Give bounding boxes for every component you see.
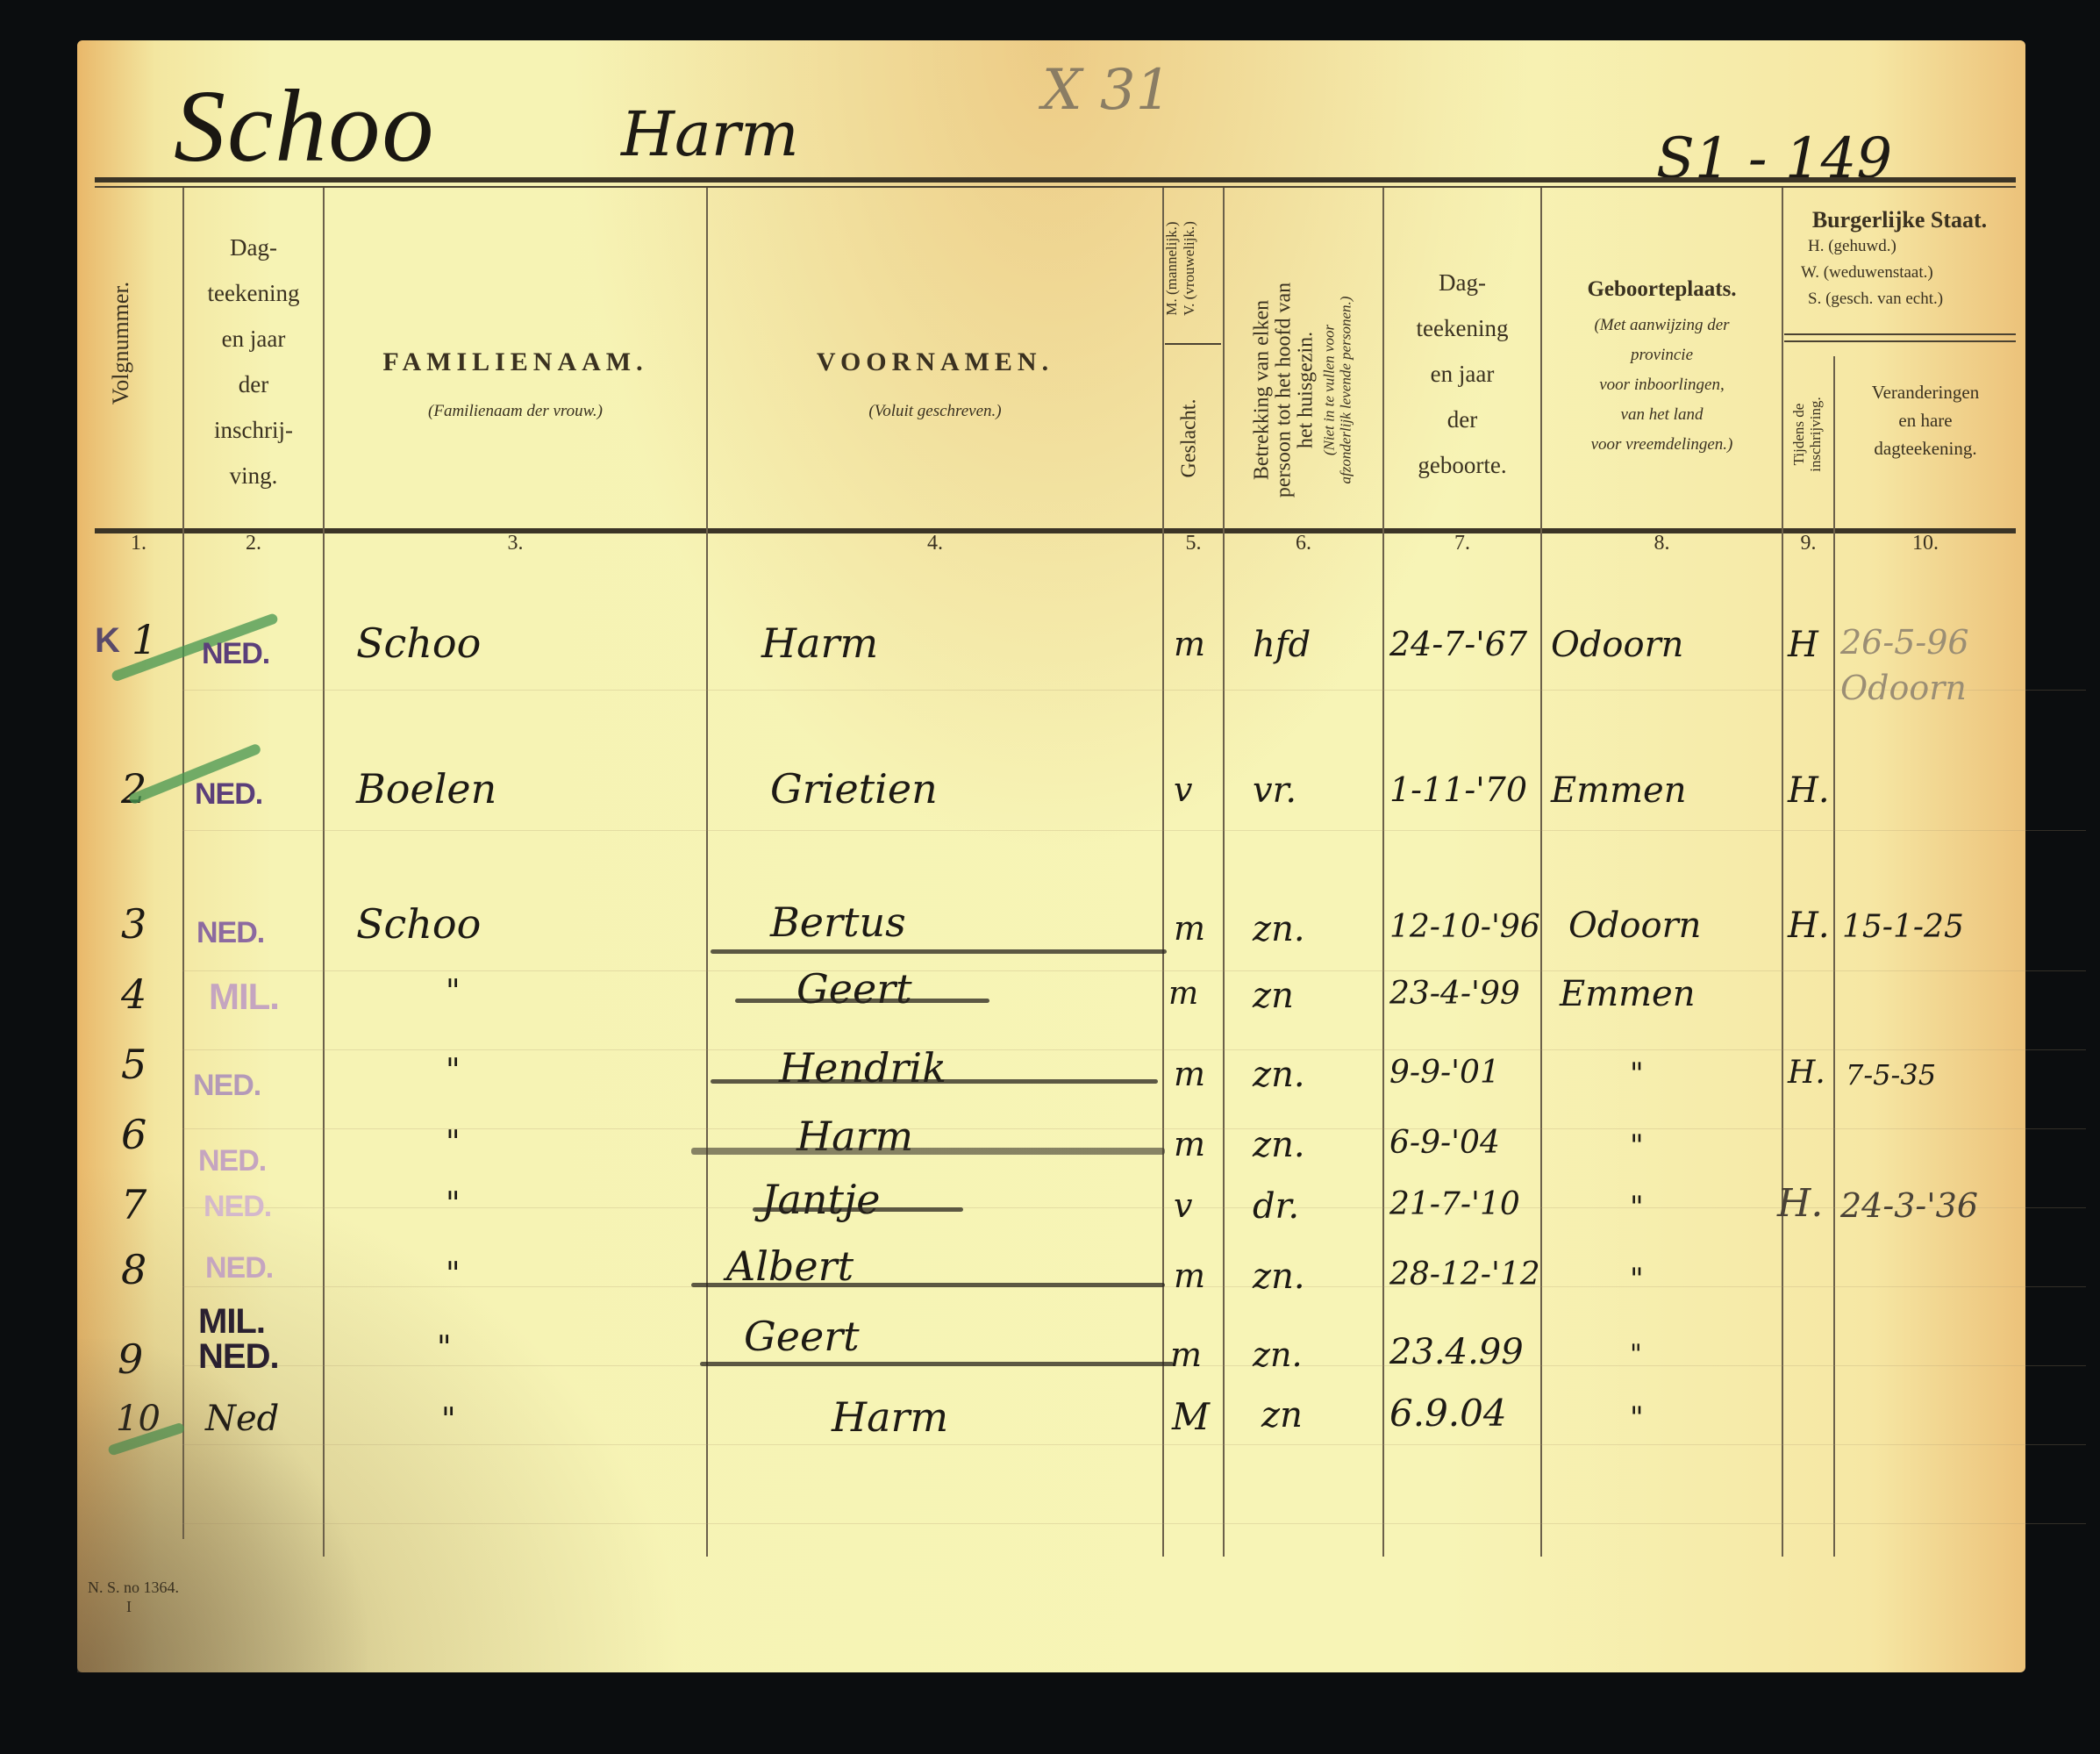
table-row: 4 MIL. " Geert m zn 23-4-'99 Emmen <box>77 944 2025 1023</box>
row-birthplace: " <box>1630 1262 1644 1297</box>
col-num-9: 9. <box>1783 532 1833 555</box>
nationality-stamp: NED. <box>204 1190 271 1224</box>
table-row: 3 NED. Schoo Bertus m zn. 12-10-'96 Odoo… <box>77 856 2025 944</box>
row-guide <box>182 1523 2086 1524</box>
row-surname: " <box>441 1402 456 1438</box>
row-surname: " <box>446 1186 461 1222</box>
row-birthplace: " <box>1630 1190 1644 1225</box>
row-birthplace: Emmen <box>1560 974 1696 1014</box>
row-given-name: Geert <box>796 965 912 1013</box>
row-relation: zn. <box>1253 1125 1305 1165</box>
row-civil-status: H. <box>1788 1055 1825 1091</box>
col-num-2: 2. <box>184 532 323 555</box>
header-civil-status-group: Burgerlijke Staat. H. (gehuwd.) W. (wedu… <box>1783 207 2016 312</box>
row-birthplace: Emmen <box>1551 770 1687 811</box>
row-birthplace: Odoorn <box>1568 906 1701 946</box>
strikethrough-line <box>700 1362 1174 1366</box>
col-num-8: 8. <box>1542 532 1782 555</box>
nationality-stamp: MIL. <box>209 976 279 1018</box>
pencil-mark: X 31 <box>1042 58 1171 123</box>
row-sex: M <box>1172 1395 1210 1438</box>
row-birth-date: 6.9.04 <box>1389 1392 1507 1435</box>
header-volgnummer: Volgnummer. <box>108 238 134 448</box>
row-sex: m <box>1174 1256 1205 1295</box>
table-row: 10 Ned " Harm M zn 6.9.04 " <box>77 1383 2025 1471</box>
row-relation: hfd <box>1253 625 1311 665</box>
card-surname: Schoo <box>174 67 435 186</box>
col-num-3: 3. <box>325 532 706 555</box>
row-number: 3 <box>121 900 146 948</box>
row-birth-date: 24-7-'67 <box>1389 625 1527 663</box>
table-row: 6 NED. " Harm m zn. 6-9-'04 " <box>77 1102 2025 1181</box>
nationality-stamp: NED. <box>193 1069 261 1103</box>
header-changes: Veranderingen en hare dagteekening. <box>1835 378 2016 462</box>
row-civil-status: H. <box>1788 906 1830 946</box>
row-relation: zn. <box>1253 1256 1305 1297</box>
row-birth-date: 6-9-'04 <box>1389 1125 1500 1161</box>
strikethrough-line <box>735 999 989 1003</box>
row-sex: m <box>1168 976 1198 1012</box>
registration-card: Schoo Harm X 31 S1 - 149 Volgnummer. Dag… <box>77 40 2025 1672</box>
row-mark-k: K <box>95 621 119 661</box>
title-underline <box>95 177 2016 183</box>
row-birthplace: " <box>1630 1339 1642 1370</box>
table-row: K 1 NED. Schoo Harm m hfd 24-7-'67 Odoor… <box>77 576 2025 698</box>
row-given-name: Bertus <box>770 898 906 946</box>
header-civil-status-at-registration: Tijdens de inschrijving. <box>1790 369 1824 500</box>
header-familienaam: FAMILIENAAM. (Familienaam der vrouw.) <box>325 347 706 421</box>
row-birth-date: 21-7-'10 <box>1389 1186 1520 1222</box>
nationality-stamp: NED. <box>202 637 269 671</box>
header-birthplace: Geboorteplaats. (Met aanwijzing der prov… <box>1542 277 1782 460</box>
row-changes: 7-5-35 <box>1846 1058 1936 1092</box>
row-given-name: Harm <box>761 619 878 667</box>
row-relation: zn. <box>1253 1335 1303 1374</box>
row-sex: m <box>1174 909 1205 948</box>
header-voornamen: VOORNAMEN. (Voluit geschreven.) <box>708 347 1162 421</box>
row-changes: 15-1-25 <box>1842 909 1964 945</box>
col-num-10: 10. <box>1835 532 2016 555</box>
table-row: 7 NED. " Jantje v dr. 21-7-'10 " H. 24-3… <box>77 1181 2025 1251</box>
row-surname: " <box>446 974 461 1010</box>
row-relation: zn <box>1253 976 1294 1016</box>
row-relation: zn <box>1261 1395 1303 1435</box>
row-given-name: Jantje <box>761 1176 880 1223</box>
row-number: 5 <box>121 1041 146 1088</box>
row-sex: v <box>1174 770 1192 809</box>
row-given-name: Harm <box>832 1393 948 1441</box>
row-birth-date: 23.4.99 <box>1389 1332 1524 1372</box>
row-birth-date: 23-4-'99 <box>1389 976 1520 1012</box>
row-sex: m <box>1174 625 1205 663</box>
strikethrough-line <box>711 1079 1158 1084</box>
header-sex-legend: M. (mannelijk.) V. (vrouwelijk.) <box>1163 190 1198 347</box>
row-changes: 26-5-96 Odoorn <box>1840 619 2007 711</box>
table-row: 2 NED. Boelen Grietien v vr. 1-11-'70 Em… <box>77 716 2025 839</box>
header-relation: Betrekking van elken persoon tot het hoo… <box>1252 237 1354 544</box>
row-number: 8 <box>121 1246 146 1293</box>
row-sex: m <box>1174 1055 1205 1093</box>
card-given-name: Harm <box>621 98 799 170</box>
row-civil-status: H <box>1788 625 1818 665</box>
row-birthplace: Odoorn <box>1551 625 1683 665</box>
row-sex: m <box>1170 1335 1202 1374</box>
nationality-stamp: NED. <box>205 1251 273 1285</box>
strikethrough-line <box>753 1207 963 1212</box>
row-birth-date: 12-10-'96 <box>1389 909 1540 945</box>
row-surname: " <box>446 1256 461 1292</box>
header-registration-date: Dag- teekening en jaar der inschrij- vin… <box>184 225 323 498</box>
civil-status-rule <box>1784 333 2016 335</box>
corner-stain <box>77 1339 367 1672</box>
row-birthplace: " <box>1630 1400 1644 1435</box>
row-birth-date: 1-11-'70 <box>1389 770 1527 809</box>
row-number: 4 <box>121 970 146 1018</box>
col-num-7: 7. <box>1384 532 1540 555</box>
row-birth-date: 9-9-'01 <box>1389 1055 1500 1091</box>
col-num-1: 1. <box>95 532 182 555</box>
row-surname: " <box>446 1053 461 1089</box>
row-birthplace: " <box>1630 1128 1644 1163</box>
table-row: 5 NED. " Hendrik m zn. 9-9-'01 " H. 7-5-… <box>77 1023 2025 1102</box>
row-relation: zn. <box>1253 1055 1305 1095</box>
col-num-5: 5. <box>1164 532 1223 555</box>
row-relation: vr. <box>1253 770 1296 811</box>
row-civil-status: H. <box>1788 770 1830 811</box>
row-civil-status: H. <box>1777 1181 1823 1226</box>
title-underline-thin <box>95 186 2016 188</box>
row-sex: m <box>1174 1125 1205 1163</box>
form-footer: N. S. no 1364. I <box>88 1578 179 1616</box>
row-surname: Schoo <box>356 900 481 948</box>
row-birth-date: 28-12-'12 <box>1389 1256 1540 1292</box>
row-given-name: Geert <box>744 1313 860 1360</box>
row-given-name: Grietien <box>770 765 938 813</box>
row-surname: Boelen <box>356 765 496 813</box>
nationality-stamp: NED. <box>198 1144 266 1178</box>
nationality-stamp: NED. <box>195 777 262 812</box>
header-geslacht: Geslacht. <box>1178 360 1202 518</box>
row-changes: 24-3-'36 <box>1840 1186 1978 1225</box>
header-birth-date: Dag- teekening en jaar der geboorte. <box>1384 260 1540 488</box>
civil-status-rule-2 <box>1784 340 2016 342</box>
row-number: 6 <box>121 1111 146 1158</box>
row-given-name: Hendrik <box>779 1044 946 1092</box>
row-birthplace: " <box>1630 1056 1644 1092</box>
strikethrough-line <box>691 1148 1165 1155</box>
row-surname: Schoo <box>356 619 481 667</box>
col-num-4: 4. <box>708 532 1162 555</box>
row-relation: dr. <box>1253 1186 1299 1227</box>
row-surname: " <box>437 1330 452 1366</box>
row-surname: " <box>446 1125 461 1161</box>
col-num-6: 6. <box>1225 532 1382 555</box>
row-number: 7 <box>121 1181 146 1228</box>
row-sex: v <box>1174 1186 1192 1225</box>
strikethrough-line <box>691 1283 1165 1287</box>
table-row: 9 MIL. NED. " Geert m zn. 23.4.99 " <box>77 1304 2025 1383</box>
